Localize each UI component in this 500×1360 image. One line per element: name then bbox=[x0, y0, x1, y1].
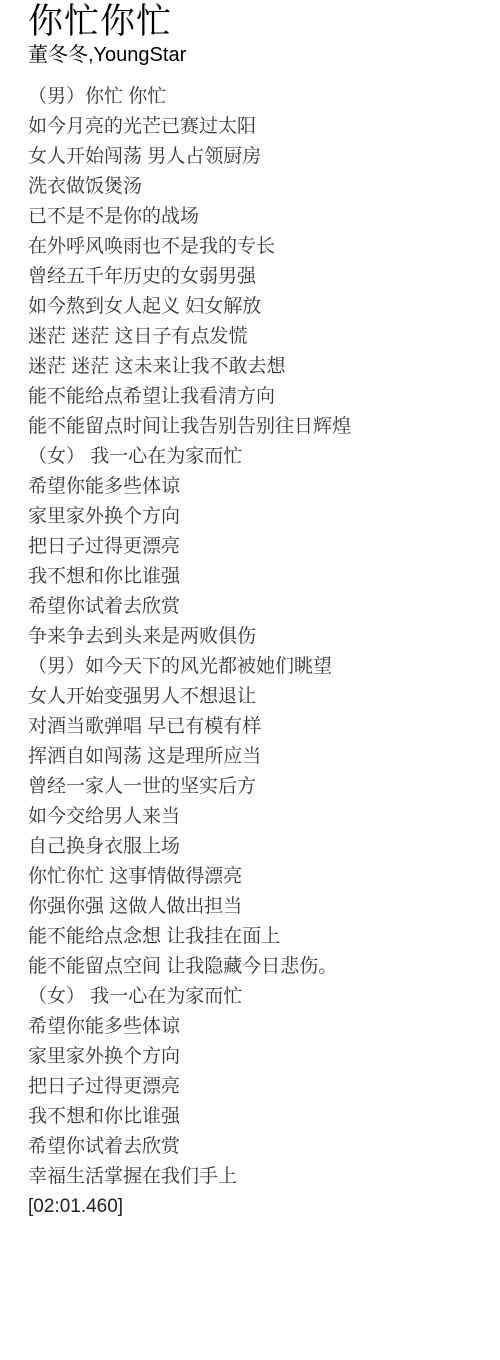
lyric-timestamp: [02:01.460] bbox=[28, 1192, 480, 1222]
lyric-line: 你忙你忙 这事情做得漂亮 bbox=[28, 862, 480, 892]
lyric-line: 迷茫 迷茫 这未来让我不敢去想 bbox=[28, 352, 480, 382]
lyric-line: 迷茫 迷茫 这日子有点发慌 bbox=[28, 322, 480, 352]
lyric-line: 能不能留点空间 让我隐藏今日悲伤。 bbox=[28, 952, 480, 982]
lyric-line: 把日子过得更漂亮 bbox=[28, 532, 480, 562]
lyric-line: 已不是不是你的战场 bbox=[28, 202, 480, 232]
lyric-line: （男）如今天下的风光都被她们眺望 bbox=[28, 652, 480, 682]
lyric-line: 在外呼风唤雨也不是我的专长 bbox=[28, 232, 480, 262]
lyric-line: 女人开始变强男人不想退让 bbox=[28, 682, 480, 712]
lyric-line: 如今月亮的光芒已赛过太阳 bbox=[28, 112, 480, 142]
lyric-line: 能不能给点念想 让我挂在面上 bbox=[28, 922, 480, 952]
lyric-line: 希望你试着去欣赏 bbox=[28, 1132, 480, 1162]
lyric-line: 曾经五千年历史的女弱男强 bbox=[28, 262, 480, 292]
lyric-line: 对酒当歌弹唱 早已有模有样 bbox=[28, 712, 480, 742]
lyric-line: 我不想和你比谁强 bbox=[28, 562, 480, 592]
lyric-line: 曾经一家人一世的坚实后方 bbox=[28, 772, 480, 802]
lyric-line: 家里家外换个方向 bbox=[28, 1042, 480, 1072]
lyric-line: 幸福生活掌握在我们手上 bbox=[28, 1162, 480, 1192]
lyric-line: 我不想和你比谁强 bbox=[28, 1102, 480, 1132]
lyrics-page: 你忙你忙 董冬冬,YoungStar （男）你忙 你忙如今月亮的光芒已赛过太阳女… bbox=[0, 0, 500, 1222]
lyric-line: 希望你能多些体谅 bbox=[28, 472, 480, 502]
lyric-line: 希望你能多些体谅 bbox=[28, 1012, 480, 1042]
lyric-line: 如今交给男人来当 bbox=[28, 802, 480, 832]
lyric-line: 你强你强 这做人做出担当 bbox=[28, 892, 480, 922]
song-title: 你忙你忙 bbox=[28, 2, 480, 42]
lyric-line: 洗衣做饭煲汤 bbox=[28, 172, 480, 202]
lyrics-block: （男）你忙 你忙如今月亮的光芒已赛过太阳女人开始闯荡 男人占领厨房洗衣做饭煲汤已… bbox=[28, 82, 480, 1192]
artist-name: 董冬冬,YoungStar bbox=[28, 42, 480, 68]
lyric-line: （男）你忙 你忙 bbox=[28, 82, 480, 112]
lyric-line: 家里家外换个方向 bbox=[28, 502, 480, 532]
lyric-line: 能不能给点希望让我看清方向 bbox=[28, 382, 480, 412]
lyric-line: 挥洒自如闯荡 这是理所应当 bbox=[28, 742, 480, 772]
lyric-line: （女） 我一心在为家而忙 bbox=[28, 982, 480, 1012]
lyric-line: 能不能留点时间让我告别告别往日辉煌 bbox=[28, 412, 480, 442]
lyric-line: 争来争去到头来是两败俱伤 bbox=[28, 622, 480, 652]
lyric-line: （女） 我一心在为家而忙 bbox=[28, 442, 480, 472]
lyric-line: 自己换身衣服上场 bbox=[28, 832, 480, 862]
lyric-line: 把日子过得更漂亮 bbox=[28, 1072, 480, 1102]
lyric-line: 女人开始闯荡 男人占领厨房 bbox=[28, 142, 480, 172]
lyric-line: 如今熬到女人起义 妇女解放 bbox=[28, 292, 480, 322]
lyric-line: 希望你试着去欣赏 bbox=[28, 592, 480, 622]
